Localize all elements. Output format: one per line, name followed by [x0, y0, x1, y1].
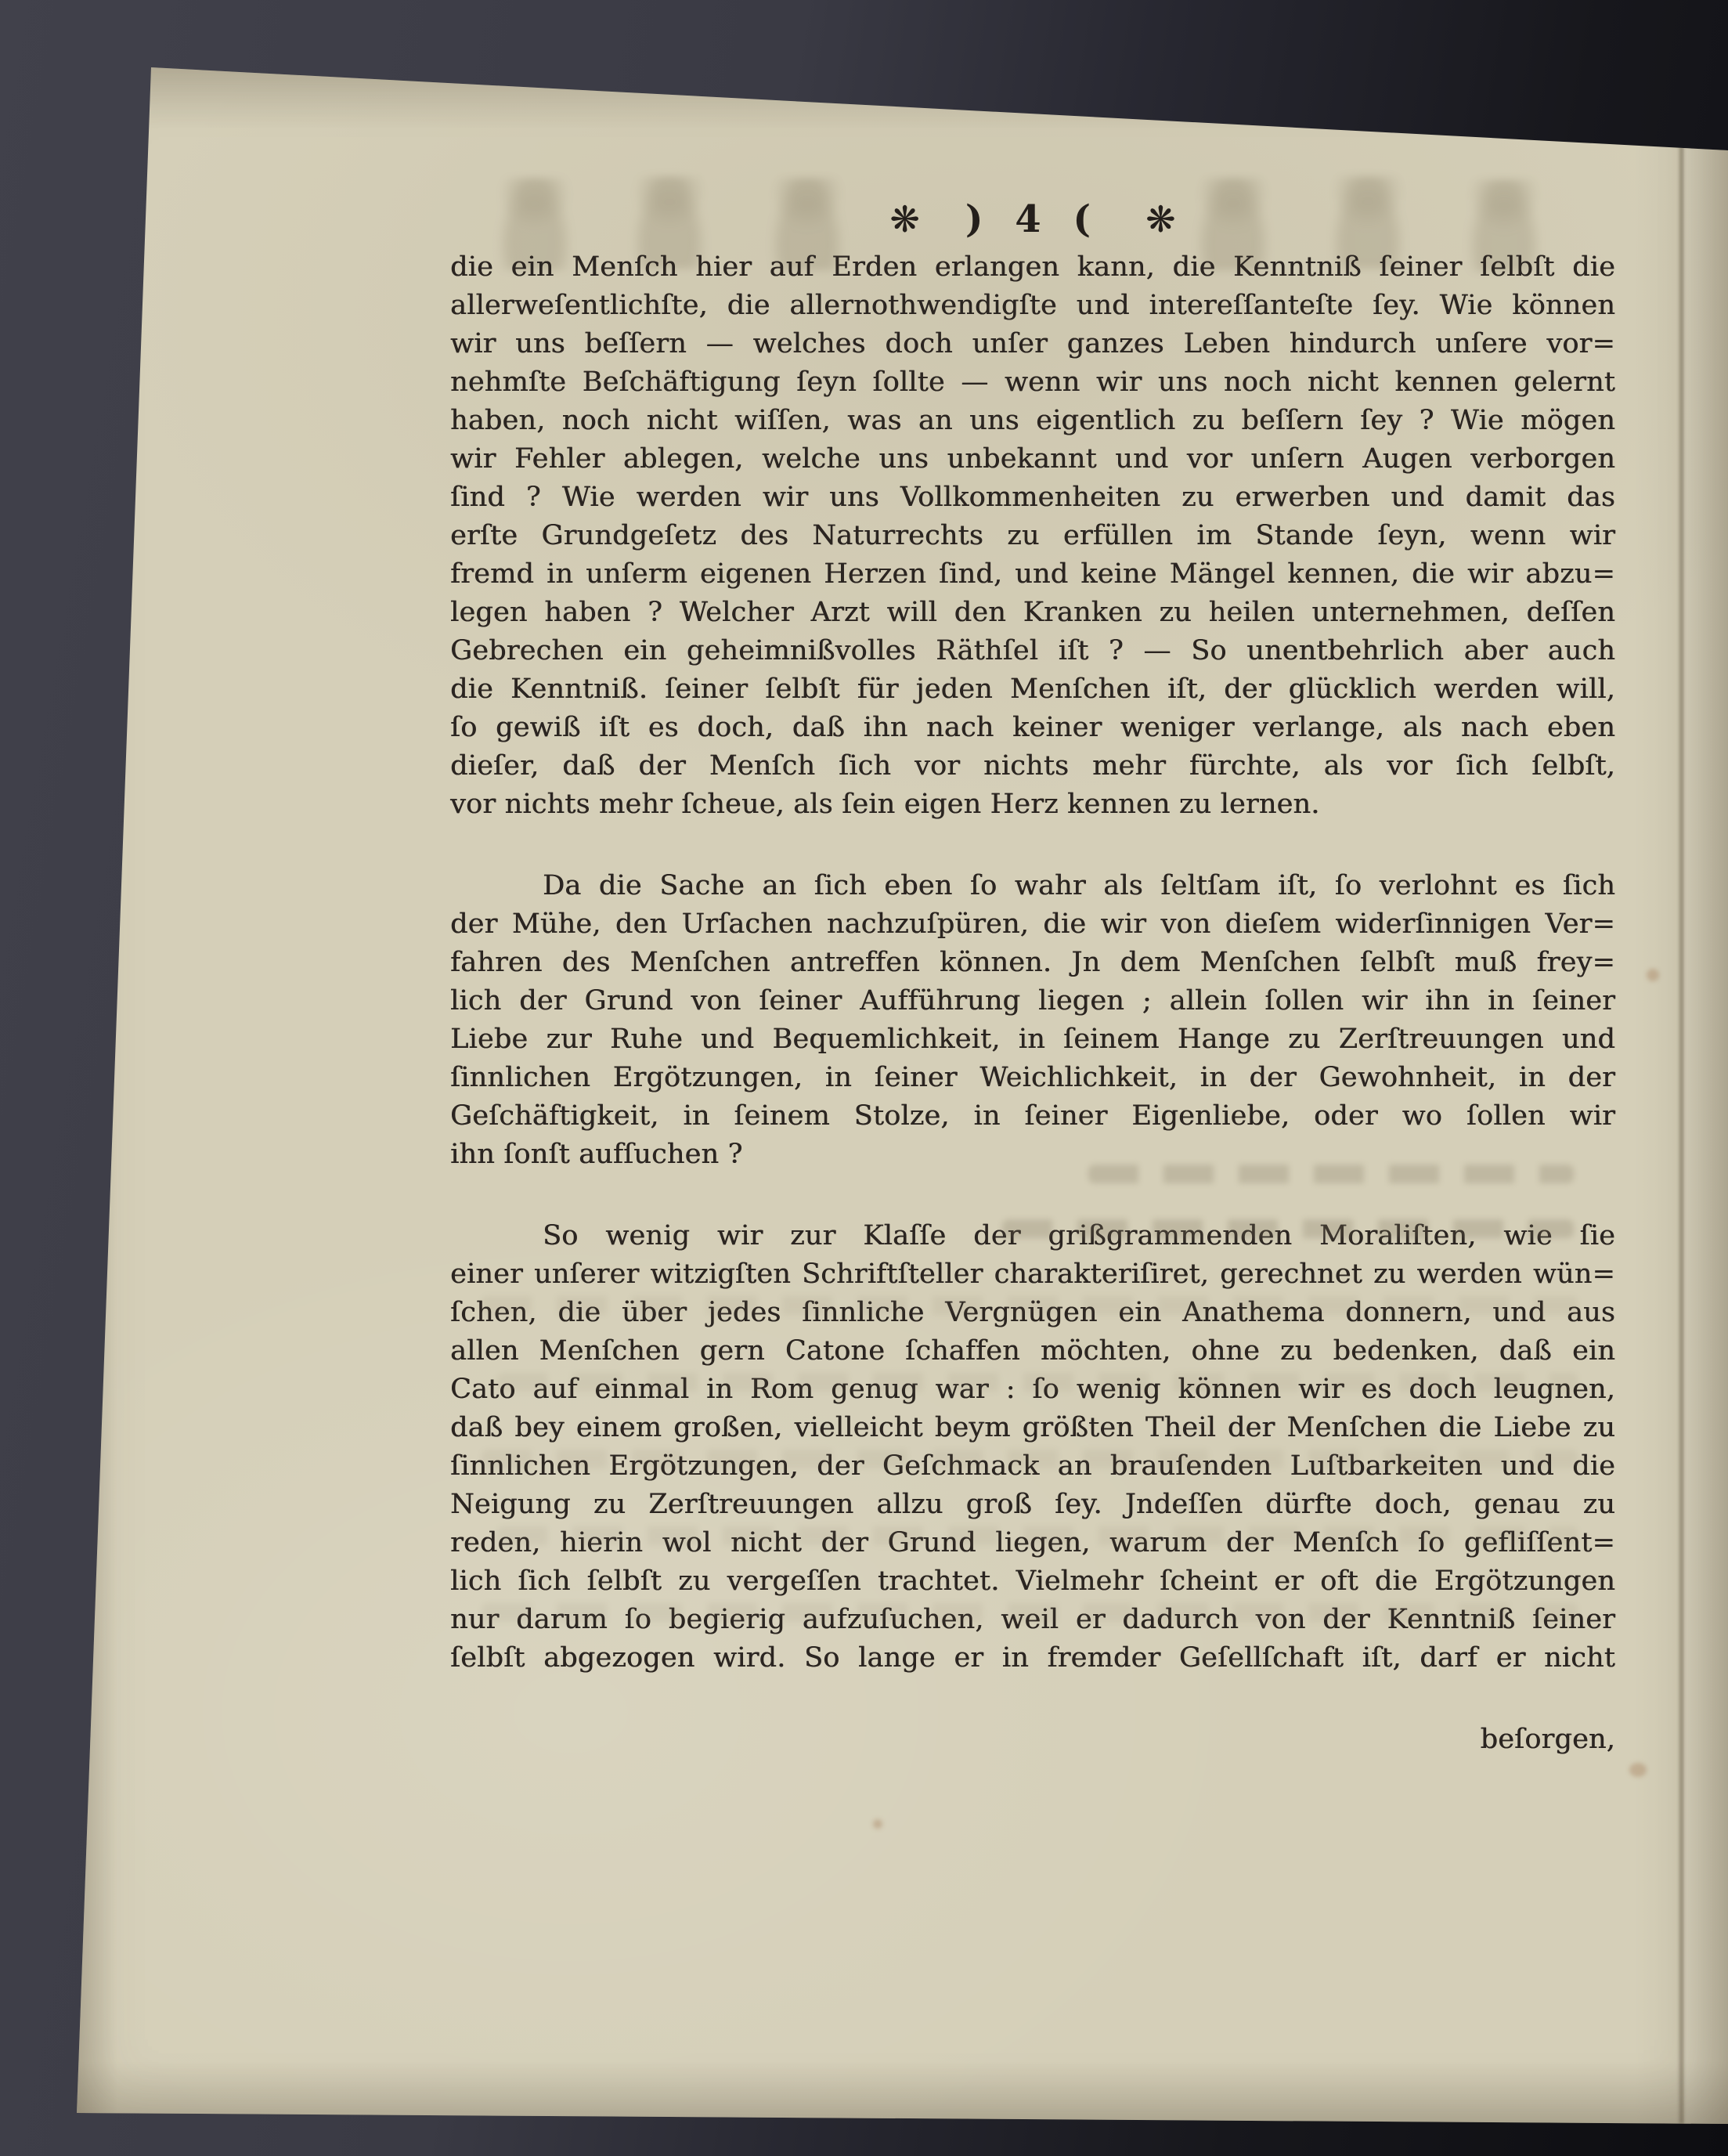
text-line: Gebrechen ein geheimnißvolles Räthſel iſ…	[450, 632, 1615, 670]
text-line: legen haben ? Welcher Arzt will den Kran…	[450, 594, 1615, 632]
text-line: ſinnlichen Ergötzungen, in ſeiner Weichl…	[450, 1059, 1615, 1097]
foxing-spot	[1647, 969, 1659, 981]
text-line: erſte Grundgeſetz des Naturrechts zu erf…	[450, 517, 1615, 555]
text-line: haben, noch nicht wiſſen, was an uns eig…	[450, 402, 1615, 440]
text-line: ſchen, die über jedes ſinnliche Vergnüge…	[450, 1294, 1615, 1332]
text-line: fahren des Menſchen antreffen können. Jn…	[450, 944, 1615, 982]
rosette-ornament-icon: ❋	[1145, 201, 1176, 237]
text-line: Liebe zur Ruhe und Bequemlichkeit, in ſe…	[450, 1020, 1615, 1059]
text-line: nur darum ſo begierig aufzuſuchen, weil …	[450, 1601, 1615, 1639]
text-line: Neigung zu Zerſtreuungen allzu groß ſey.…	[450, 1486, 1615, 1524]
text-line: einer unſerer witzigſten Schriftſteller …	[450, 1255, 1615, 1294]
text-column: die ein Menſch hier auf Erden erlangen k…	[450, 248, 1615, 1759]
text-line: lich der Grund von ſeiner Aufführung lie…	[450, 982, 1615, 1020]
text-line: der Mühe, den Urſachen nachzuſpüren, die…	[450, 905, 1615, 944]
text-line: nehmſte Beſchäftigung ſeyn ſollte — wenn…	[450, 363, 1615, 402]
scanned-book-photo: { "page_scan": { "header": { "ornament_l…	[0, 0, 1728, 2156]
text-line: reden, hierin wol nicht der Grund liegen…	[450, 1524, 1615, 1562]
text-line: die Kenntniß. ſeiner ſelbſt für jeden Me…	[450, 670, 1615, 709]
page-header: ❋ ) 4 ( ❋	[450, 184, 1615, 255]
text-line: vor nichts mehr ſcheue, als ſein eigen H…	[450, 785, 1615, 824]
text-line: fremd in unſerm eigenen Herzen ſind, und…	[450, 555, 1615, 594]
text-line: die ein Menſch hier auf Erden erlangen k…	[450, 248, 1615, 287]
text-line: daß bey einem großen, vielleicht beym gr…	[450, 1409, 1615, 1447]
foxing-spot	[1629, 1763, 1647, 1777]
text-line: ihn ſonſt aufſuchen ?	[450, 1136, 1615, 1174]
paragraph: die ein Menſch hier auf Erden erlangen k…	[450, 248, 1615, 824]
book-page: ❋ ) 4 ( ❋ die ein Menſch hier auf Erden …	[74, 67, 1728, 2124]
text-line: Da die Sache an ſich eben ſo wahr als ſe…	[450, 867, 1615, 905]
paragraph: Da die Sache an ſich eben ſo wahr als ſe…	[450, 867, 1615, 1174]
foxing-spot	[873, 1819, 882, 1829]
leaf-crease	[1679, 141, 1683, 2124]
text-line: wir Fehler ablegen, welche uns unbekannt…	[450, 440, 1615, 479]
text-line: ſelbſt abgezogen wird. So lange er in fr…	[450, 1639, 1615, 1677]
text-line: Geſchäftigkeit, in ſeinem Stolze, in ſei…	[450, 1097, 1615, 1136]
page-number: ) 4 (	[965, 197, 1100, 241]
next-leaf-fore-edge	[1684, 145, 1728, 2124]
text-line: lich ſich ſelbſt zu vergeſſen trachtet. …	[450, 1562, 1615, 1601]
text-line: So wenig wir zur Klaſſe der grißgrammend…	[450, 1217, 1615, 1255]
rosette-ornament-icon: ❋	[889, 201, 920, 237]
text-line: wir uns beſſern — welches doch unſer gan…	[450, 325, 1615, 363]
text-line: dieſer, daß der Menſch ſich vor nichts m…	[450, 747, 1615, 785]
text-line: ſind ? Wie werden wir uns Vollkommenheit…	[450, 479, 1615, 517]
catchword: beſorgen,	[450, 1721, 1615, 1759]
paragraph: So wenig wir zur Klaſſe der grißgrammend…	[450, 1217, 1615, 1677]
text-line: ſo gewiß iſt es doch, daß ihn nach keine…	[450, 709, 1615, 747]
text-line: Cato auf einmal in Rom genug war : ſo we…	[450, 1371, 1615, 1409]
text-line: allen Menſchen gern Catone ſchaffen möch…	[450, 1332, 1615, 1371]
text-line: allerweſentlichſte, die allernothwendigſ…	[450, 287, 1615, 325]
text-line: ſinnlichen Ergötzungen, der Geſchmack an…	[450, 1447, 1615, 1486]
